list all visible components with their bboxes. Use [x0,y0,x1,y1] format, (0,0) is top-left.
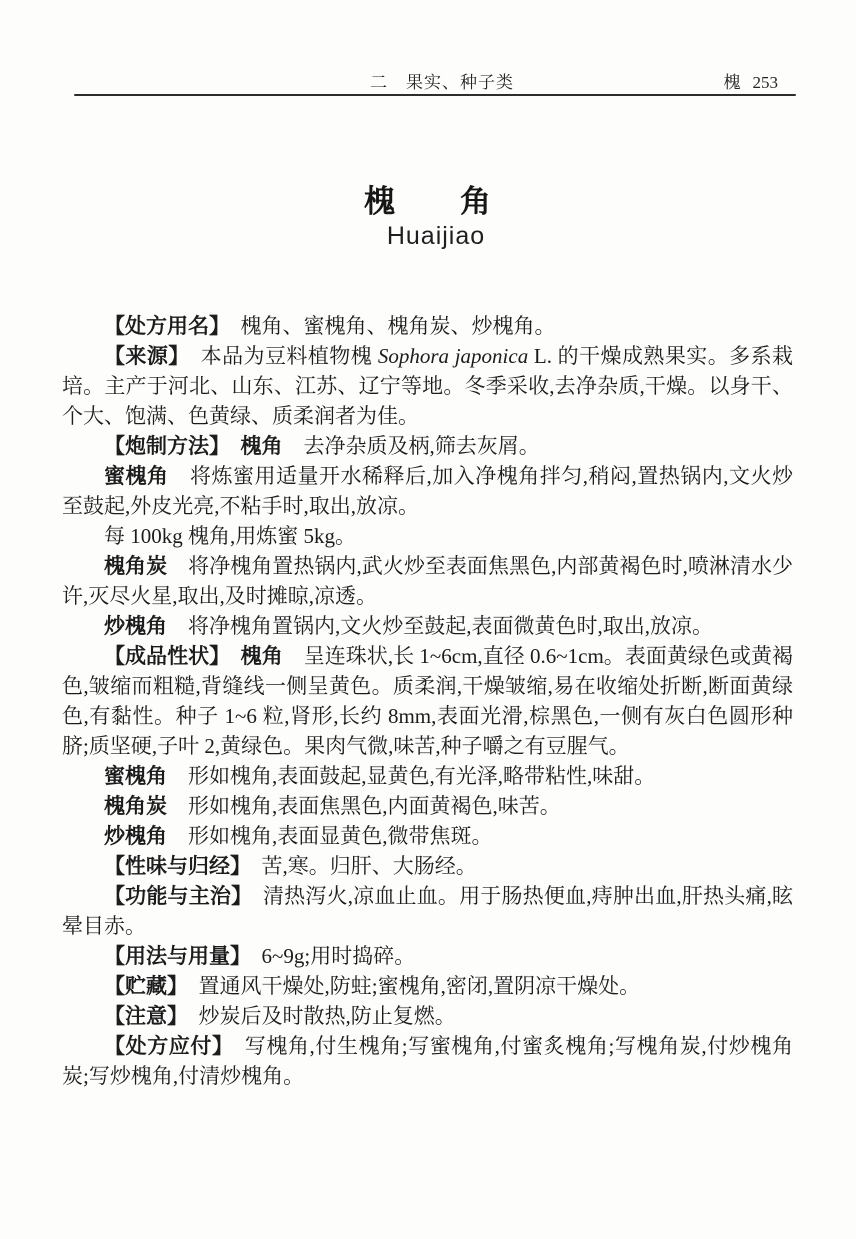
article-body: 【处方用名】 槐角、蜜槐角、槐角炭、炒槐角。【来源】 本品为豆料植物槐 Soph… [62,311,793,1091]
article-title: 槐 角 [0,176,856,221]
text-run [220,644,241,668]
para-taste-meridian: 【性味与归经】 苦,寒。归肝、大肠经。 [62,851,793,881]
label-run: 炒槐角 [104,824,167,848]
label-run: 槐角炭 [104,554,167,578]
page-number: 253 [753,73,779,92]
para-processing-methods: 【炮制方法】 槐角 去净杂质及柄,筛去灰屑。 [62,431,793,461]
text-run: 6~9g;用时捣碎。 [241,944,416,968]
text-run: 形如槐角,表面鼓起,显黄色,有光泽,略带粘性,味甜。 [167,764,655,788]
label-run: 炒槐角 [104,614,167,638]
para-honey-ratio: 每 100kg 槐角,用炼蜜 5kg。 [62,521,793,551]
running-head-entry-char: 槐 [724,73,741,92]
para-prescription-names: 【处方用名】 槐角、蜜槐角、槐角炭、炒槐角。 [62,311,793,341]
text-run: 形如槐角,表面显黄色,微带焦斑。 [167,824,493,848]
para-prescription-dispensing: 【处方应付】 写槐角,付生槐角;写蜜槐角,付蜜炙槐角;写槐角炭,付炒槐角炭;写炒… [62,1031,793,1091]
text-run: 去净杂质及柄,筛去灰屑。 [283,434,540,458]
label-run: 【炮制方法】 [104,434,220,458]
text-run: 形如槐角,表面焦黑色,内面黄褐色,味苦。 [167,794,561,818]
text-run: 将炼蜜用适量开水稀释后,加入净槐角拌匀,稍闷,置热锅内,文火炒至鼓起,外皮光亮,… [62,464,793,518]
para-honey-huaijiao-method: 蜜槐角 将炼蜜用适量开水稀释后,加入净槐角拌匀,稍闷,置热锅内,文火炒至鼓起,外… [62,461,793,521]
running-head: 二 果实、种子类 槐253 [64,68,792,90]
label-run: 【处方应付】 [104,1034,223,1058]
label-run: 【功能与主治】 [104,884,242,908]
para-dosage: 【用法与用量】 6~9g;用时捣碎。 [62,941,793,971]
para-charcoal-properties: 槐角炭 形如槐角,表面焦黑色,内面黄褐色,味苦。 [62,791,793,821]
book-page: 二 果实、种子类 槐253 槐 角 Huaijiao 【处方用名】 槐角、蜜槐角… [0,0,856,1239]
label-run: 槐角炭 [104,794,167,818]
para-stirfried-method: 炒槐角 将净槐角置锅内,文火炒至鼓起,表面微黄色时,取出,放凉。 [62,611,793,641]
para-charcoal-method: 槐角炭 将净槐角置热锅内,武火炒至表面焦黑色,内部黄褐色时,喷淋清水少许,灭尽火… [62,551,793,611]
text-run: 将净槐角置锅内,文火炒至鼓起,表面微黄色时,取出,放凉。 [167,614,713,638]
latin-name-run: Sophora japonica [378,344,528,368]
para-stirfried-properties: 炒槐角 形如槐角,表面显黄色,微带焦斑。 [62,821,793,851]
text-run: 将净槐角置热锅内,武火炒至表面焦黑色,内部黄褐色时,喷淋清水少许,灭尽火星,取出… [62,554,793,608]
text-run: 本品为豆料植物槐 [179,344,378,368]
label-run: 蜜槐角 [104,764,167,788]
label-run: 【处方用名】 [104,314,220,338]
label-run: 【来源】 [104,344,179,368]
text-run: 苦,寒。归肝、大肠经。 [241,854,477,878]
label-run: 蜜槐角 [104,464,169,488]
text-run: 炒炭后及时散热,防止复燃。 [178,1004,456,1028]
label-run: 槐角 [241,644,283,668]
text-run: 每 100kg 槐角,用炼蜜 5kg。 [104,524,356,548]
article-title-pinyin: Huaijiao [8,222,856,251]
label-run: 【注意】 [104,1004,178,1028]
label-run: 槐角 [241,434,283,458]
para-honey-properties: 蜜槐角 形如槐角,表面鼓起,显黄色,有光泽,略带粘性,味甜。 [62,761,793,791]
label-run: 【用法与用量】 [104,944,241,968]
para-storage: 【贮藏】 置通风干燥处,防蛀;蜜槐角,密闭,置阴凉干燥处。 [62,971,793,1001]
header-rule [74,94,796,96]
para-source: 【来源】 本品为豆料植物槐 Sophora japonica L. 的干燥成熟果… [62,341,793,431]
running-head-section-title: 二 果实、种子类 [370,68,514,93]
text-run [220,434,241,458]
para-product-properties: 【成品性状】 槐角 呈连珠状,长 1~6cm,直径 0.6~1cm。表面黄绿色或… [62,641,793,761]
para-caution: 【注意】 炒炭后及时散热,防止复燃。 [62,1001,793,1031]
label-run: 【性味与归经】 [104,854,241,878]
para-functions-indications: 【功能与主治】 清热泻火,凉血止血。用于肠热便血,痔肿出血,肝热头痛,眩晕目赤。 [62,881,793,941]
label-run: 【贮藏】 [104,974,178,998]
text-run: 槐角、蜜槐角、槐角炭、炒槐角。 [220,314,556,338]
running-head-right: 槐253 [724,68,779,93]
label-run: 【成品性状】 [104,644,220,668]
text-run: 置通风干燥处,防蛀;蜜槐角,密闭,置阴凉干燥处。 [178,974,641,998]
